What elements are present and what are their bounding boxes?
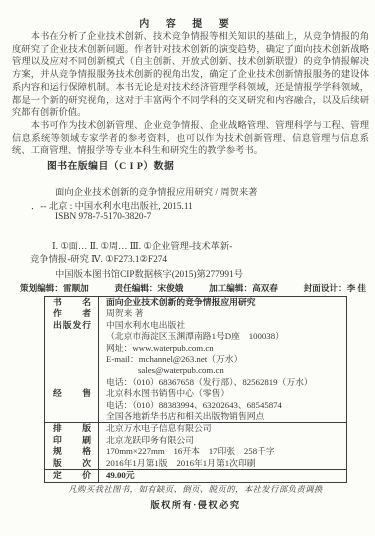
content-summary-heading: 内 容 提 要 (0, 15, 375, 30)
planning-editor: 策划编辑：雷顺加 (20, 282, 89, 294)
table-row-distribution: 经售 北京科水图书销售中心（零售） 电话：（010）88383994、63202… (45, 388, 346, 422)
format-value: 170mm×227mm 16开本 17印张 258千字 (106, 446, 343, 457)
row-label-publisher: 出版发行 (45, 320, 98, 388)
cip-isbn-line: ISBN 978-7-5170-3820-7 (55, 212, 151, 222)
cip-heading: 图书在版编目（C I P）数据 (47, 158, 174, 172)
row-label-printing: 印刷 (45, 435, 98, 446)
author-value: 周贺来 著 (106, 308, 343, 319)
table-row-typesetting: 排版 北京万水电子信息有限公司 (45, 423, 346, 434)
cip-classification-line-2: 竞争情报-研究 Ⅳ. ①F273.1②F274 (30, 251, 167, 265)
table-row-author: 作者 周贺来 著 (45, 308, 346, 319)
row-label-edition: 版次 (45, 458, 98, 469)
publisher-address: （北京市海淀区玉渊潭南路1号D座 100038） (106, 331, 343, 342)
cover-designer-role: 封面设计： (304, 283, 347, 293)
edition-value: 2016年1月第1版 2016年1月第1次印刷 (106, 458, 343, 469)
responsible-editor-role: 责任编辑： (115, 283, 158, 293)
processing-editor-name: 高双春 (252, 283, 278, 293)
row-label-distribution: 经售 (45, 388, 98, 422)
distribution-outlets: 全国各地新华书店和相关出版物销售网点 (106, 411, 343, 422)
distribution-center: 北京科水图书销售中心（零售） (106, 388, 343, 399)
cip-record-number-line: 中国版本图书馆CIP数据核字(2015)第277991号 (55, 266, 243, 280)
row-label-author: 作者 (45, 308, 98, 319)
summary-paragraph-1: 本书在分析了企业技术创新、技术竞争情报等相关知识的基础上，从竞争情报的角度研究了… (12, 31, 369, 120)
exchange-policy-note: 凡购买我社图书，如有缺页、倒页、脱页的，本社发行部负责调换 (40, 483, 351, 495)
table-row-printing: 印刷 北京龙跃印务有限公司 (45, 435, 346, 446)
content-summary: 本书在分析了企业技术创新、技术竞争情报等相关知识的基础上，从竞争情报的角度研究了… (12, 31, 369, 158)
typesetting-value: 北京万水电子信息有限公司 (106, 423, 343, 434)
cover-designer-name: 李 佳 (347, 283, 366, 293)
copyright-reserved-note: 版权所有·侵权必究 (40, 497, 351, 511)
planning-editor-role: 策划编辑： (20, 283, 63, 293)
distribution-phone: 电话：（010）88383994、63202643、68545874 (106, 400, 343, 411)
colophon-table: 书名 面向企业技术创新的竞争情报应用研究 作者 周贺来 著 出版发行 中国水利水… (44, 296, 347, 483)
row-label-format: 规格 (45, 446, 98, 457)
publisher-email-1: E-mail：mchannel@263.net（万水） (106, 354, 343, 365)
cip-title-line: 面向企业技术创新的竞争情报应用研究 / 周贺来著 (55, 184, 257, 198)
responsible-editor: 责任编辑：宋俊娥 (115, 282, 184, 294)
publisher-phone: 电话：（010）68367658（发行部）、82562819（万水） (106, 377, 343, 388)
editors-credit-line: 策划编辑：雷顺加 责任编辑：宋俊娥 加工编辑：高双春 封面设计：李 佳 (20, 282, 366, 294)
processing-editor-role: 加工编辑： (209, 283, 252, 293)
planning-editor-name: 雷顺加 (63, 283, 89, 293)
summary-paragraph-2: 本书可作为技术创新管理、企业竞争情报、企业战略管理、管理科学与工程、管理信息系统… (12, 120, 369, 158)
colophon-section-printing: 排版 北京万水电子信息有限公司 印刷 北京龙跃印务有限公司 规格 170mm×2… (45, 422, 346, 469)
publisher-email-2: sales@waterpub.com.cn (138, 365, 343, 376)
table-row-edition: 版次 2016年1月第1版 2016年1月第1次印刷 (45, 458, 346, 469)
table-row-book-title: 书名 面向企业技术创新的竞争情报应用研究 (45, 297, 346, 308)
cip-publisher-line: ．-- 北京 : 中国水利水电出版社, 2015.11 (31, 198, 193, 212)
publisher-website: 网址：www.waterpub.com.cn (106, 343, 343, 354)
row-label-price: 定价 (45, 470, 98, 481)
row-label-typesetting: 排版 (45, 423, 98, 434)
book-title-value: 面向企业技术创新的竞争情报应用研究 (106, 297, 343, 308)
publisher-name: 中国水利水电出版社 (106, 320, 343, 331)
book-copyright-page: 内 容 提 要 本书在分析了企业技术创新、技术竞争情报等相关知识的基础上，从竞争… (0, 0, 375, 536)
printing-value: 北京龙跃印务有限公司 (106, 435, 343, 446)
price-value: 49.00元 (106, 470, 343, 481)
colophon-section-publishing: 书名 面向企业技术创新的竞争情报应用研究 作者 周贺来 著 出版发行 中国水利水… (45, 297, 346, 422)
responsible-editor-name: 宋俊娥 (158, 283, 184, 293)
table-row-format: 规格 170mm×227mm 16开本 17印张 258千字 (45, 446, 346, 457)
cip-classification-line-1: Ⅰ. ①面… Ⅱ. ①周… Ⅲ. ①企业管理-技术革新- (52, 238, 232, 252)
cover-designer: 封面设计：李 佳 (304, 282, 366, 294)
colophon-section-price: 定价 49.00元 (45, 469, 346, 481)
row-label-book-title: 书名 (45, 297, 98, 308)
table-row-price: 定价 49.00元 (45, 470, 346, 481)
table-row-publisher: 出版发行 中国水利水电出版社 （北京市海淀区玉渊潭南路1号D座 100038） … (45, 320, 346, 388)
processing-editor: 加工编辑：高双春 (209, 282, 278, 294)
